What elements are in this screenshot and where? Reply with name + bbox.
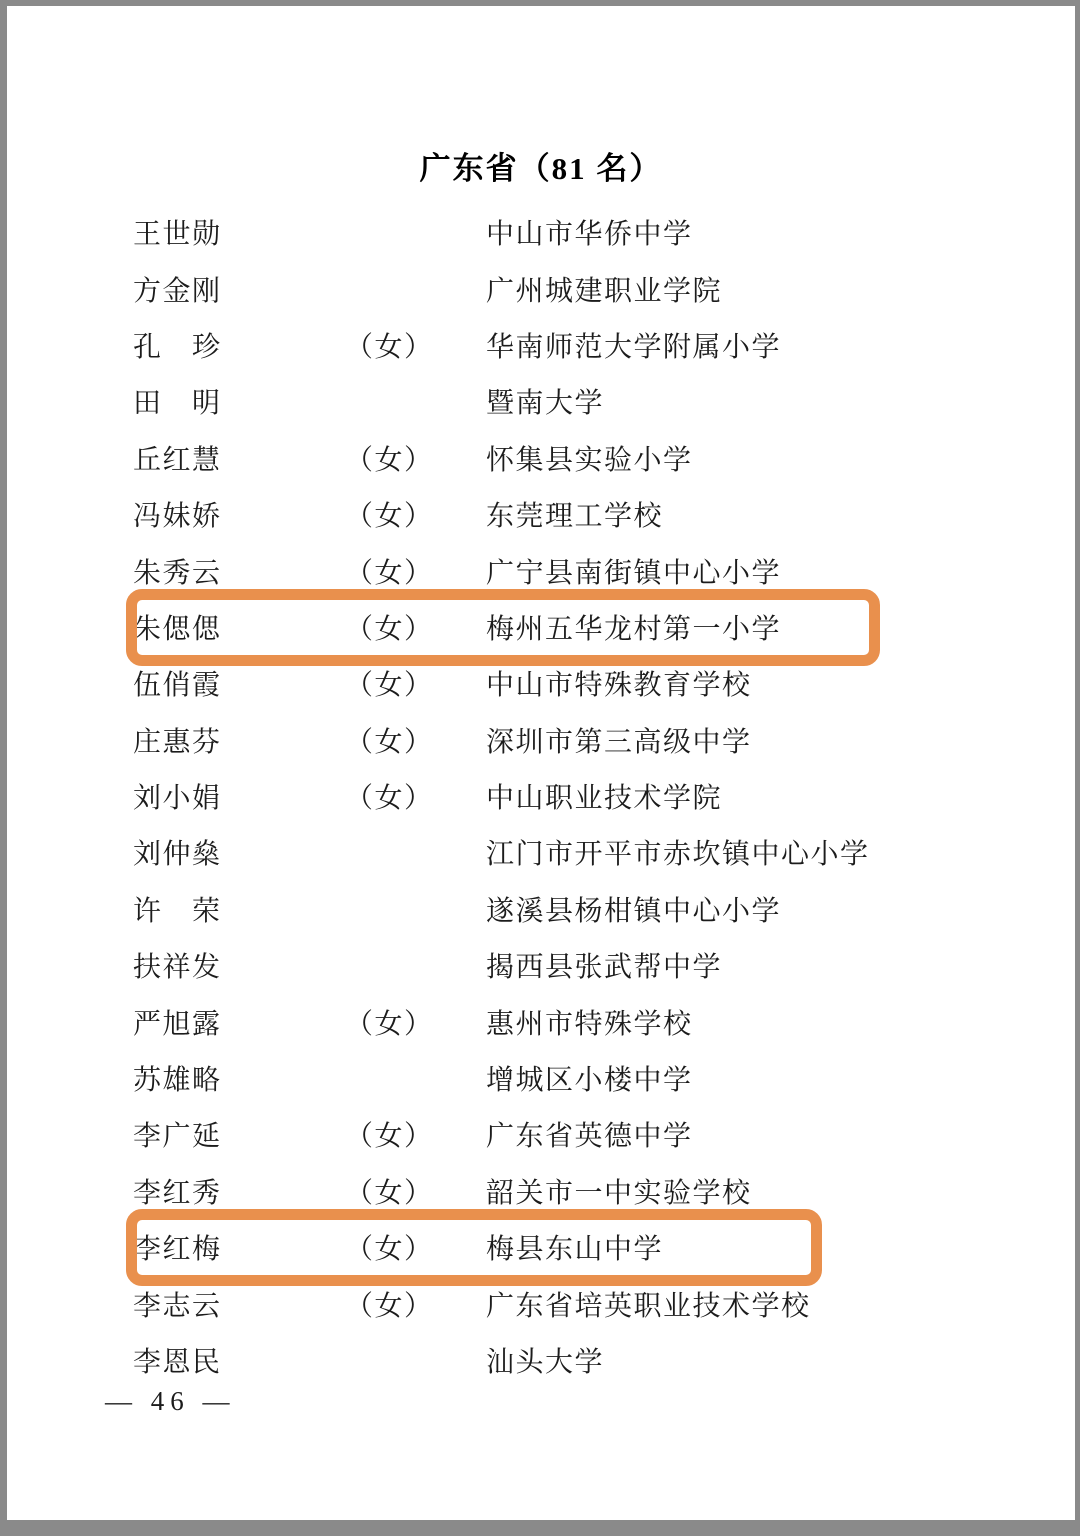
person-gender: （女）: [345, 720, 486, 760]
person-school: 中山市特殊教育学校: [486, 663, 1075, 703]
person-name: 严旭露: [133, 1002, 345, 1042]
person-gender: （女）: [345, 663, 486, 703]
person-school: 东莞理工学校: [486, 494, 1075, 534]
table-row: 扶祥发揭西县张武帮中学: [7, 937, 1075, 993]
person-name: 许 荣: [133, 889, 345, 929]
table-row: 孔 珍（女）华南师范大学附属小学: [7, 317, 1075, 373]
table-row: 李广延（女）广东省英德中学: [7, 1106, 1075, 1162]
table-row: 李恩民汕头大学: [7, 1332, 1075, 1388]
person-name: 李红梅: [133, 1227, 345, 1267]
person-gender: （女）: [345, 1002, 486, 1042]
person-name: 王世勋: [133, 212, 345, 252]
table-row: 王世勋中山市华侨中学: [7, 204, 1075, 260]
table-row: 李红梅（女）梅县东山中学: [7, 1219, 1075, 1275]
person-gender: （女）: [345, 551, 486, 591]
person-gender: （女）: [345, 776, 486, 816]
person-gender: （女）: [345, 607, 486, 647]
page-number: — 46 —: [105, 1386, 236, 1417]
person-gender: （女）: [345, 494, 486, 534]
person-school: 广州城建职业学院: [486, 269, 1075, 309]
page-title: 广东省（81 名）: [7, 146, 1075, 192]
screenshot-root: 广东省（81 名） 王世勋中山市华侨中学方金刚广州城建职业学院孔 珍（女）华南师…: [0, 0, 1080, 1536]
person-name: 李恩民: [133, 1340, 345, 1380]
table-row: 李志云（女）广东省培英职业技术学校: [7, 1275, 1075, 1331]
table-row: 刘仲燊江门市开平市赤坎镇中心小学: [7, 824, 1075, 880]
table-row: 冯妹娇（女）东莞理工学校: [7, 486, 1075, 542]
person-school: 深圳市第三高级中学: [486, 720, 1075, 760]
person-school: 梅州五华龙村第一小学: [486, 607, 1075, 647]
person-school: 怀集县实验小学: [486, 438, 1075, 478]
table-row: 方金刚广州城建职业学院: [7, 260, 1075, 316]
table-row: 庄惠芬（女）深圳市第三高级中学: [7, 712, 1075, 768]
person-school: 汕头大学: [486, 1340, 1075, 1380]
person-name: 刘仲燊: [133, 832, 345, 872]
person-name: 苏雄略: [133, 1058, 345, 1098]
table-row: 刘小娟（女）中山职业技术学院: [7, 768, 1075, 824]
person-name: 扶祥发: [133, 945, 345, 985]
table-row: 丘红慧（女）怀集县实验小学: [7, 430, 1075, 486]
person-name: 朱秀云: [133, 551, 345, 591]
person-gender: （女）: [345, 1114, 486, 1154]
person-gender: （女）: [345, 1284, 486, 1324]
table-row: 严旭露（女）惠州市特殊学校: [7, 993, 1075, 1049]
person-school: 韶关市一中实验学校: [486, 1171, 1075, 1211]
table-row: 李红秀（女）韶关市一中实验学校: [7, 1163, 1075, 1219]
person-gender: （女）: [345, 1227, 486, 1267]
table-row: 许 荣遂溪县杨柑镇中心小学: [7, 881, 1075, 937]
person-school: 广宁县南街镇中心小学: [486, 551, 1075, 591]
person-school: 广东省英德中学: [486, 1114, 1075, 1154]
person-school: 华南师范大学附属小学: [486, 325, 1075, 365]
person-name: 李广延: [133, 1114, 345, 1154]
person-name: 庄惠芬: [133, 720, 345, 760]
person-name: 方金刚: [133, 269, 345, 309]
person-name: 朱偲偲: [133, 607, 345, 647]
person-school: 增城区小楼中学: [486, 1058, 1075, 1098]
person-gender: （女）: [345, 438, 486, 478]
table-row: 苏雄略增城区小楼中学: [7, 1050, 1075, 1106]
person-name: 刘小娟: [133, 776, 345, 816]
person-school: 中山市华侨中学: [486, 212, 1075, 252]
person-name: 孔 珍: [133, 325, 345, 365]
person-school: 江门市开平市赤坎镇中心小学: [486, 832, 1075, 872]
person-name: 李志云: [133, 1284, 345, 1324]
person-school: 广东省培英职业技术学校: [486, 1284, 1075, 1324]
person-school: 遂溪县杨柑镇中心小学: [486, 889, 1075, 929]
document-page: 广东省（81 名） 王世勋中山市华侨中学方金刚广州城建职业学院孔 珍（女）华南师…: [7, 6, 1075, 1520]
person-school: 揭西县张武帮中学: [486, 945, 1075, 985]
person-name: 田 明: [133, 381, 345, 421]
table-row: 朱秀云（女）广宁县南街镇中心小学: [7, 542, 1075, 598]
table-row: 朱偲偲（女）梅州五华龙村第一小学: [7, 599, 1075, 655]
person-name: 李红秀: [133, 1171, 345, 1211]
person-gender: （女）: [345, 1171, 486, 1211]
person-school: 惠州市特殊学校: [486, 1002, 1075, 1042]
person-school: 暨南大学: [486, 381, 1075, 421]
person-name: 伍俏霞: [133, 663, 345, 703]
table-row: 田 明暨南大学: [7, 373, 1075, 429]
person-school: 中山职业技术学院: [486, 776, 1075, 816]
person-school: 梅县东山中学: [486, 1227, 1075, 1267]
table-row: 伍俏霞（女）中山市特殊教育学校: [7, 655, 1075, 711]
person-name: 冯妹娇: [133, 494, 345, 534]
person-name: 丘红慧: [133, 438, 345, 478]
name-list: 王世勋中山市华侨中学方金刚广州城建职业学院孔 珍（女）华南师范大学附属小学田 明…: [7, 204, 1075, 1388]
person-gender: （女）: [345, 325, 486, 365]
